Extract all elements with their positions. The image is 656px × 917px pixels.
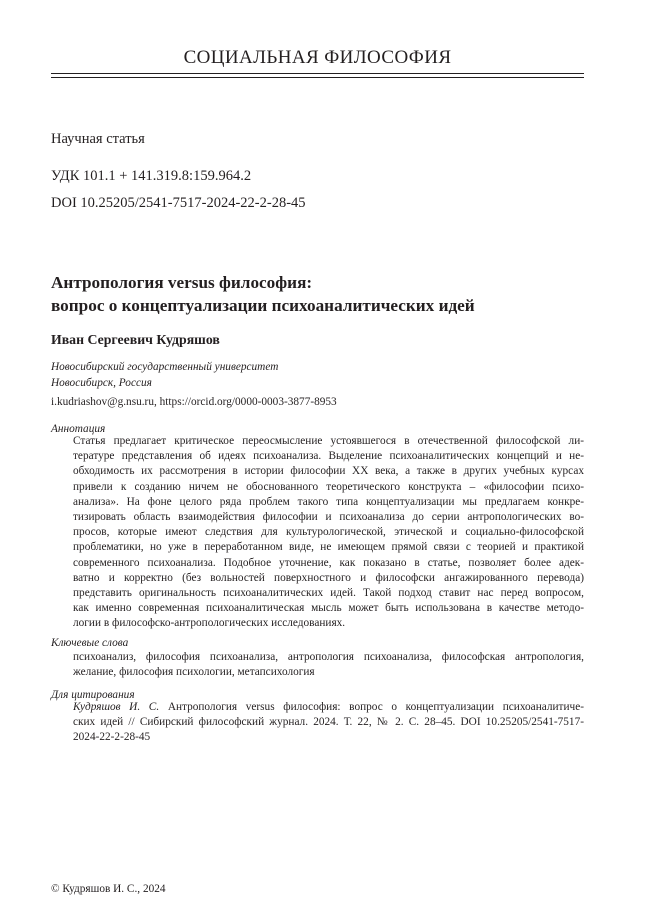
copyright-notice: © Кудряшов И. С., 2024 bbox=[51, 882, 166, 896]
article-title-line: Антропология versus философия: bbox=[51, 271, 591, 294]
abstract-line: Статья предлагает критическое переосмысл… bbox=[73, 434, 584, 449]
affiliation-location: Новосибирск, Россия bbox=[51, 375, 278, 391]
keywords-line: психоанализ, философия психоанализа, ант… bbox=[73, 650, 584, 665]
affiliation-institution: Новосибирский государственный университе… bbox=[51, 359, 278, 375]
abstract-line: ватно и корректно (без вольностей поверх… bbox=[73, 571, 584, 586]
keywords-label: Ключевые слова bbox=[51, 636, 128, 650]
abstract-line: тизировать область взаимодействия филосо… bbox=[73, 510, 584, 525]
citation-line: 2024-22-2-28-45 bbox=[73, 730, 584, 745]
abstract-line: представить оригинальность психоаналитич… bbox=[73, 586, 584, 601]
keywords-line: желание, философия психологии, метапсихо… bbox=[73, 665, 584, 680]
abstract-body: Статья предлагает критическое переосмысл… bbox=[73, 434, 584, 632]
doi: DOI 10.25205/2541-7517-2024-22-2-28-45 bbox=[51, 194, 306, 212]
abstract-line: обходимость их рассмотрения в истории фи… bbox=[73, 464, 584, 479]
citation-text: Антропология versus философия: вопрос о … bbox=[159, 701, 584, 713]
header-double-rule bbox=[51, 73, 584, 78]
abstract-line: привели к созданию ничем не обоснованног… bbox=[73, 480, 584, 495]
abstract-line: как именно современная психоаналитическа… bbox=[73, 601, 584, 616]
article-type: Научная статья bbox=[51, 130, 145, 148]
citation-line: ских идей // Сибирский философский журна… bbox=[73, 715, 584, 730]
author-name: Иван Сергеевич Кудряшов bbox=[51, 331, 220, 349]
article-title: Антропология versus философия: вопрос о … bbox=[51, 271, 591, 317]
author-affiliation: Новосибирский государственный университе… bbox=[51, 359, 278, 391]
article-first-page: СОЦИАЛЬНАЯ ФИЛОСОФИЯ Научная статья УДК … bbox=[0, 0, 656, 917]
author-contact[interactable]: i.kudriashov@g.nsu.ru, https://orcid.org… bbox=[51, 394, 337, 410]
abstract-line: анализа». На фоне целого ряда проблем та… bbox=[73, 495, 584, 510]
abstract-line: просов, которые имеют следствия для куль… bbox=[73, 525, 584, 540]
journal-section-title: СОЦИАЛЬНАЯ ФИЛОСОФИЯ bbox=[51, 46, 584, 70]
abstract-line: современного психоанализа. Подобное уточ… bbox=[73, 556, 584, 571]
abstract-line: проблематики, но уже в переработанном ви… bbox=[73, 540, 584, 555]
citation-line: Кудряшов И. С. Антропология versus филос… bbox=[73, 700, 584, 715]
citation-author: Кудряшов И. С. bbox=[73, 701, 159, 713]
article-title-line: вопрос о концептуализации психоаналитиче… bbox=[51, 294, 591, 317]
abstract-line: логии в философско-антропологических исс… bbox=[73, 616, 584, 631]
citation-body: Кудряшов И. С. Антропология versus филос… bbox=[73, 700, 584, 746]
abstract-line: тературе представления об идеях психоана… bbox=[73, 449, 584, 464]
udk-code: УДК 101.1 + 141.319.8:159.964.2 bbox=[51, 167, 251, 185]
keywords-body: психоанализ, философия психоанализа, ант… bbox=[73, 650, 584, 680]
